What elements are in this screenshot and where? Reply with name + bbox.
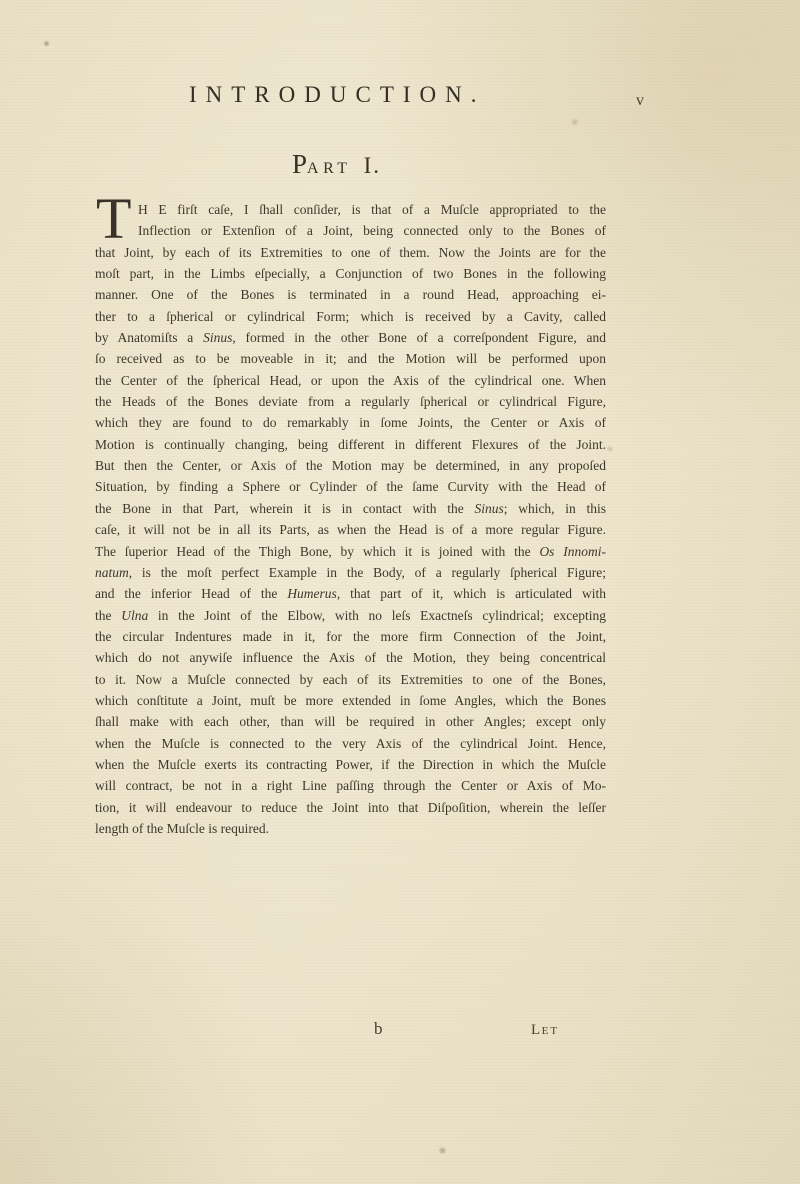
part-numeral: I. <box>364 153 381 178</box>
text-segment: the circular Indentures made in it, for … <box>95 629 606 644</box>
italic-term: natum <box>95 565 129 580</box>
text-line: when the Muſcle is connected to the very… <box>95 733 606 754</box>
text-line: The ſuperior Head of the Thigh Bone, by … <box>95 541 606 562</box>
text-line: the circular Indentures made in it, for … <box>95 626 606 647</box>
part-heading-smallcaps: art <box>307 160 352 177</box>
text-line: the Center of the ſpherical Head, or upo… <box>95 370 606 391</box>
text-line: to it. Now a Muſcle connected by each of… <box>95 669 606 690</box>
text-segment: moſt part, in the Limbs eſpecially, a Co… <box>95 266 606 281</box>
text-segment: , formed in the other Bone of a correſpo… <box>232 330 606 345</box>
fox-spot <box>570 118 580 126</box>
text-segment: by Anatomiſts a <box>95 330 203 345</box>
text-line: length of the Muſcle is required. <box>95 818 606 839</box>
text-segment: The ſuperior Head of the Thigh Bone, by … <box>95 544 539 559</box>
catchword: Let <box>531 1022 559 1039</box>
text-segment: Inflection or Extenſion of a Joint, bein… <box>138 223 606 238</box>
text-segment: in the Joint of the Elbow, with no leſs … <box>148 608 606 623</box>
italic-term: Humerus <box>287 586 337 601</box>
text-segment: which they are found to do remarkably in… <box>95 415 606 430</box>
italic-term: Sinus <box>474 501 503 516</box>
text-segment: H E firſt caſe, I ſhall conſider, is tha… <box>138 202 606 217</box>
text-line: which do not anywiſe influence the Axis … <box>95 647 606 668</box>
text-segment: the <box>95 608 121 623</box>
italic-term: Os Innomi- <box>539 544 606 559</box>
text-segment: , that part of it, which is articulated … <box>337 586 606 601</box>
text-segment: the Heads of the Bones deviate from a re… <box>95 394 606 409</box>
text-segment: to it. Now a Muſcle connected by each of… <box>95 672 606 687</box>
text-line: caſe, it will not be in all its Parts, a… <box>95 519 606 540</box>
fox-spot <box>438 1146 447 1155</box>
text-segment: Situation, by finding a Sphere or Cylind… <box>95 479 606 494</box>
text-line: the Bone in that Part, wherein it is in … <box>95 498 606 519</box>
text-line: ſhall make with each other, than will be… <box>95 711 606 732</box>
text-line: H E firſt caſe, I ſhall conſider, is tha… <box>95 199 606 220</box>
text-segment: tion, it will endeavour to reduce the Jo… <box>95 800 606 815</box>
signature-mark: b <box>374 1019 383 1039</box>
text-line: tion, it will endeavour to reduce the Jo… <box>95 797 606 818</box>
text-segment: ſo received as to be moveable in it; and… <box>95 351 606 366</box>
text-segment: which do not anywiſe influence the Axis … <box>95 650 606 665</box>
drop-cap: T <box>96 199 131 239</box>
part-heading-cap: P <box>292 149 307 179</box>
part-heading: PartI. <box>292 149 381 180</box>
text-segment: ther to a ſpherical or cylindrical Form;… <box>95 309 606 324</box>
page-number: v <box>636 92 644 110</box>
text-segment: that Joint, by each of its Extremities t… <box>95 245 606 260</box>
text-segment: length of the Muſcle is required. <box>95 821 269 836</box>
fox-spot <box>43 40 50 47</box>
text-line: ther to a ſpherical or cylindrical Form;… <box>95 306 606 327</box>
italic-term: Sinus <box>203 330 232 345</box>
text-line: by Anatomiſts a Sinus, formed in the oth… <box>95 327 606 348</box>
text-segment: and the inferior Head of the <box>95 586 287 601</box>
text-segment: But then the Center, or Axis of the Moti… <box>95 458 606 473</box>
catchword-cap: L <box>531 1022 542 1038</box>
text-line: natum, is the moſt perfect Example in th… <box>95 562 606 583</box>
text-segment: which conſtitute a Joint, muſt be more e… <box>95 693 606 708</box>
text-line: moſt part, in the Limbs eſpecially, a Co… <box>95 263 606 284</box>
fox-spot <box>606 445 614 453</box>
text-segment: the Bone in that Part, wherein it is in … <box>95 501 474 516</box>
page-title: INTRODUCTION. <box>189 82 486 108</box>
text-segment: Motion is continually changing, being di… <box>95 437 606 452</box>
text-line: which conſtitute a Joint, muſt be more e… <box>95 690 606 711</box>
text-segment: manner. One of the Bones is terminated i… <box>95 287 606 302</box>
text-line: manner. One of the Bones is terminated i… <box>95 284 606 305</box>
book-page: INTRODUCTION. v PartI. T H E firſt caſe,… <box>0 0 800 1184</box>
text-segment: will contract, be not in a right Line pa… <box>95 778 606 793</box>
text-segment: caſe, it will not be in all its Parts, a… <box>95 522 606 537</box>
catchword-smallcaps: et <box>542 1025 559 1037</box>
body-text: T H E firſt caſe, I ſhall conſider, is t… <box>95 199 606 839</box>
text-segment: , is the moſt perfect Example in the Bod… <box>129 565 606 580</box>
text-segment: when the Muſcle exerts its contracting P… <box>95 757 606 772</box>
text-line: the Heads of the Bones deviate from a re… <box>95 391 606 412</box>
text-line: that Joint, by each of its Extremities t… <box>95 242 606 263</box>
text-line: Situation, by finding a Sphere or Cylind… <box>95 476 606 497</box>
text-segment: the Center of the ſpherical Head, or upo… <box>95 373 606 388</box>
text-line: when the Muſcle exerts its contracting P… <box>95 754 606 775</box>
text-line: and the inferior Head of the Humerus, th… <box>95 583 606 604</box>
text-line: which they are found to do remarkably in… <box>95 412 606 433</box>
italic-term: Ulna <box>121 608 148 623</box>
text-line: But then the Center, or Axis of the Moti… <box>95 455 606 476</box>
text-line: Inflection or Extenſion of a Joint, bein… <box>95 220 606 241</box>
text-segment: when the Muſcle is connected to the very… <box>95 736 606 751</box>
text-line: ſo received as to be moveable in it; and… <box>95 348 606 369</box>
text-line: the Ulna in the Joint of the Elbow, with… <box>95 605 606 626</box>
text-line: Motion is continually changing, being di… <box>95 434 606 455</box>
text-segment: ſhall make with each other, than will be… <box>95 714 606 729</box>
text-segment: ; which, in this <box>504 501 606 516</box>
text-line: will contract, be not in a right Line pa… <box>95 775 606 796</box>
